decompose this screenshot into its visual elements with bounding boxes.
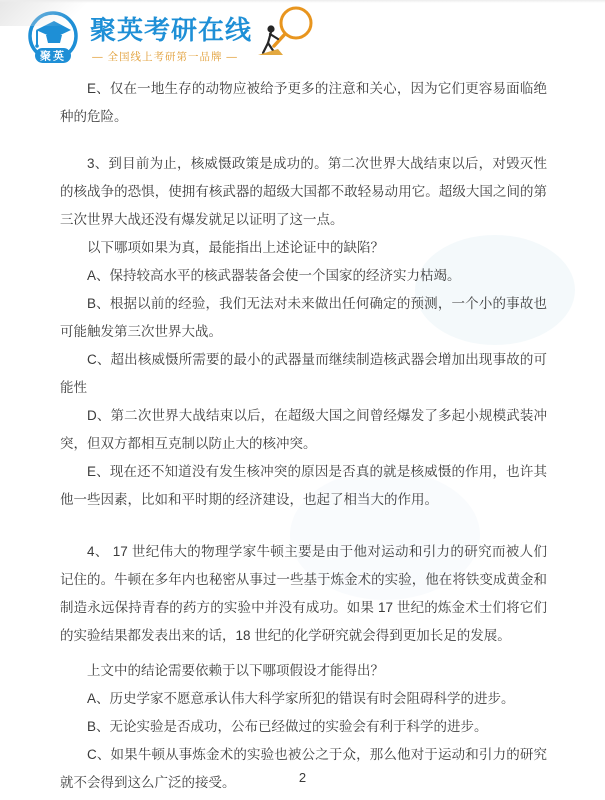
question-3-option-d: D、第二次世界大战结束以后，在超级大国之间曾经爆发了多起小规模武装冲突，但双方都… <box>60 402 547 458</box>
question-3-stem: 3、到目前为止，核威慑政策是成功的。第二次世界大战结束以后，对毁灭性的核战争的恐… <box>60 150 547 234</box>
question-3-option-e: E、现在还不知道没有发生核冲突的原因是否真的就是核威慑的作用，也许其他一些因素，… <box>60 458 547 514</box>
question-4-option-b: B、无论实验是否成功，公布已经做过的实验会有利于科学的进步。 <box>60 713 547 741</box>
question-4-option-c: C、如果牛顿从事炼金术的实验也被公之于众，那么他对于运动和引力的研究就不会得到这… <box>60 741 547 797</box>
question-4-stem: 4、 17 世纪伟大的物理学家牛顿主要是由于他对运动和引力的研究而被人们记住的。… <box>60 538 547 650</box>
site-title: 聚英考研在线 <box>90 15 240 46</box>
page-footer: 2 <box>0 770 605 785</box>
document-body: E、仅在一地生存的动物应被给予更多的注意和关心，因为它们更容易面临绝种的危险。3… <box>60 75 547 797</box>
brand-text-block: 聚英考研在线 — 全国线上考研第一品牌 — <box>90 15 240 64</box>
brand-badge-label: 聚英 <box>40 49 66 63</box>
site-tagline: — 全国线上考研第一品牌 — <box>90 49 240 64</box>
question-3-prompt: 以下哪项如果为真，最能指出上述论证中的缺陷？ <box>60 234 547 262</box>
question-3-option-a: A、保持较高水平的核武器装备会使一个国家的经济实力枯竭。 <box>60 262 547 290</box>
page-number: 2 <box>299 770 306 785</box>
question-4-option-a: A、历史学家不愿意承认伟大科学家所犯的错误有时会阻碍科学的进步。 <box>60 685 547 713</box>
brand-logo: 聚英 <box>26 9 84 67</box>
site-header: 聚英 聚英考研在线 — 全国线上考研第一品牌 — <box>0 0 605 72</box>
option-e-previous-question: E、仅在一地生存的动物应被给予更多的注意和关心，因为它们更容易面临绝种的危险。 <box>60 75 547 131</box>
question-4-prompt: 上文中的结论需要依赖于以下哪项假设才能得出？ <box>60 657 547 685</box>
question-3-option-c: C、超出核威慑所需要的最小的武器量而继续制造核武器会增加出现事故的可能性 <box>60 346 547 402</box>
magnifier-figure-icon <box>250 2 322 58</box>
question-3-option-b: B、根据以前的经验，我们无法对未来做出任何确定的预测，一个小的事故也可能触发第三… <box>60 290 547 346</box>
brand-badge: 聚英 <box>35 48 71 63</box>
